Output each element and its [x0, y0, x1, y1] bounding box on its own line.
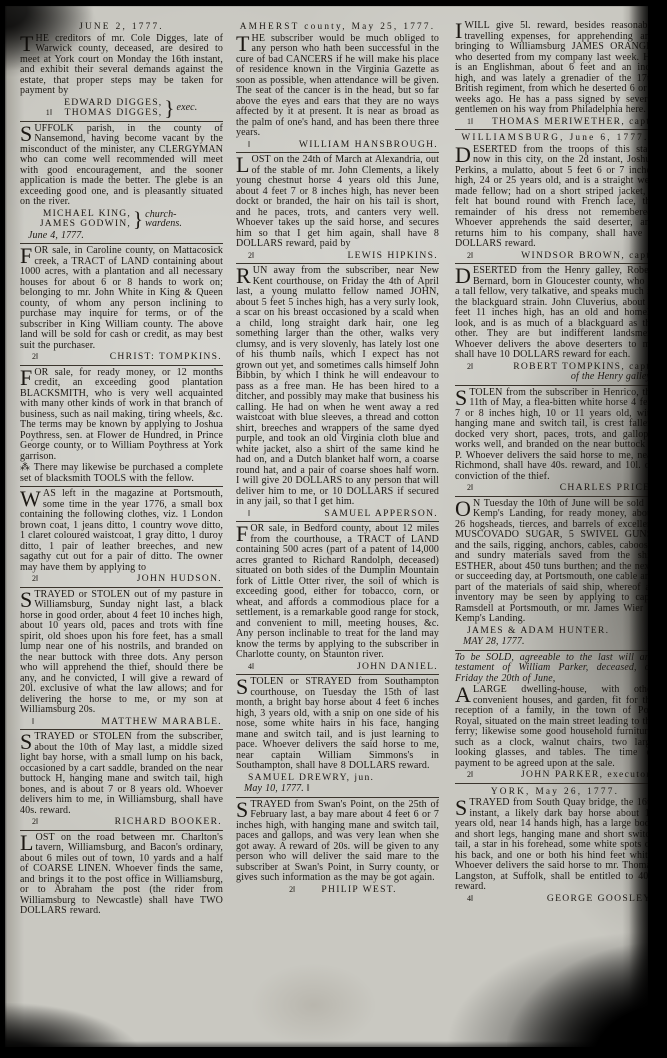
- signature-block: 1‖ EDWARD DIGGES,THOMAS DIGGES, } exec.: [20, 98, 223, 119]
- ad: LOST on the road between mr. Charlton's …: [20, 830, 223, 917]
- ad-text: HE subscriber would be much obliged to a…: [236, 33, 439, 139]
- insertion-mark: ‖: [32, 717, 34, 728]
- signature-name: THOMAS MERIWETHER, capt.: [492, 117, 648, 128]
- drop-cap: O: [455, 499, 473, 518]
- ad-footline: MAY 28, 1777.: [463, 637, 648, 648]
- drop-cap: S: [20, 590, 34, 609]
- signature-name: JOHN PARKER, executor.: [521, 770, 648, 781]
- insertion-mark: 2‖: [289, 885, 295, 896]
- ad-text: UN away from the subscriber, near New Ke…: [236, 265, 439, 507]
- ad: JUNE 2, 1777. THE creditors of mr. Cole …: [20, 22, 223, 119]
- ad-text: ESERTED from the troops of this state no…: [455, 144, 648, 250]
- insertion-mark: 2‖: [32, 817, 38, 828]
- ad-dateline: AMHERST county, May 25, 1777.: [236, 22, 439, 33]
- signature-block: MICHAEL KING,JAMES GODWIN, } church-ward…: [20, 209, 223, 230]
- ad-body: FOR sale, in Caroline county, on Mattaco…: [20, 246, 223, 351]
- ad: YORK, May 26, 1777. STRAYED from South Q…: [455, 783, 648, 905]
- ad-text: TRAYED from Swan's Point, on the 25th of…: [236, 799, 439, 884]
- ad-body: STOLEN from the subscriber in Henrico, t…: [455, 388, 648, 483]
- ad-body: LOST on the 24th of March at Alexandria,…: [236, 155, 439, 250]
- ad-body: DESERTED from the troops of this state n…: [455, 145, 648, 250]
- ad-text: LARGE dwelling-house, with other conveni…: [455, 684, 648, 769]
- ad: STOLEN from the subscriber in Henrico, t…: [455, 385, 648, 494]
- signature-name: SAMUEL APPERSON.: [324, 509, 438, 520]
- ad: RUN away from the subscriber, near New K…: [236, 263, 439, 519]
- ad-body: STRAYED from South Quay bridge, the 16th…: [455, 798, 648, 893]
- signature-name: WILLIAM HANSBROUGH.: [299, 140, 438, 151]
- ad-body: STRAYED or STOLEN from the subscriber, a…: [20, 732, 223, 816]
- insertion-mark: 2‖: [32, 352, 38, 363]
- drop-cap: D: [455, 266, 473, 285]
- signature-name: CHRIST: TOMPKINS.: [110, 352, 222, 363]
- insertion-mark: ‖: [248, 140, 250, 151]
- insertion-mark: 4‖: [467, 894, 473, 905]
- ad: DESERTED from the Henry galley, Robert B…: [455, 263, 648, 383]
- ad: LOST on the 24th of March at Alexandria,…: [236, 152, 439, 261]
- ad-text: N Tuesday the 10th of June will be sold …: [455, 498, 648, 625]
- drop-cap: F: [20, 368, 34, 387]
- ad-text: TRAYED or STOLEN from the subscriber, ab…: [20, 731, 223, 816]
- signature-line: 1‖THOMAS MERIWETHER, capt.: [455, 117, 648, 128]
- ad: WAS left in the magazine at Portsmouth, …: [20, 486, 223, 585]
- ad-body: ALARGE dwelling-house, with other conven…: [455, 685, 648, 769]
- signature-line: SAMUEL DREWRY, jun.: [236, 773, 439, 784]
- ad-body: FOR sale, for ready money, or 12 months …: [20, 368, 223, 463]
- ad-body: SUFFOLK parish, in the county of Nansemo…: [20, 124, 223, 208]
- insertion-mark: 4‖: [248, 662, 254, 673]
- brace: }: [164, 99, 174, 117]
- signature-line: 2‖RICHARD BOOKER.: [20, 817, 223, 828]
- ad: FOR sale, for ready money, or 12 months …: [20, 365, 223, 485]
- drop-cap: W: [20, 489, 43, 508]
- ad-text: TOLEN from the subscriber in Henrico, th…: [455, 387, 648, 482]
- insertion-mark: 1‖: [467, 117, 473, 128]
- column-3: IWILL give 5l. reward, besides reasonabl…: [455, 21, 648, 904]
- drop-cap: S: [455, 798, 469, 817]
- ad-body: ON Tuesday the 10th of June will be sold…: [455, 499, 648, 625]
- ad-body: LOST on the road between mr. Charlton's …: [20, 833, 223, 917]
- insertion-mark: 2‖: [467, 483, 473, 494]
- ad-body: DESERTED from the Henry galley, Robert B…: [455, 266, 648, 361]
- insertion-mark: 2‖: [248, 251, 254, 262]
- insertion-mark: 2‖: [32, 574, 38, 585]
- ad-text: UFFOLK parish, in the county of Nansemon…: [20, 123, 223, 208]
- signature-line: 2‖PHILIP WEST.: [236, 885, 439, 896]
- signature-line: 2‖CHARLES PRICE.: [455, 483, 648, 494]
- ad-text: AS left in the magazine at Portsmouth, s…: [20, 488, 223, 573]
- ad-body: RUN away from the subscriber, near New K…: [236, 266, 439, 508]
- signature-line: 2‖LEWIS HIPKINS.: [236, 251, 439, 262]
- signature-role: exec.: [177, 103, 198, 113]
- signature-name: MATTHEW MARABLE.: [101, 717, 222, 728]
- signature-line: ‖MATTHEW MARABLE.: [20, 717, 223, 728]
- ad: WILLIAMSBURG, June 6, 1777. DESERTED fro…: [455, 129, 648, 261]
- drop-cap: F: [236, 524, 250, 543]
- drop-cap: S: [236, 800, 250, 819]
- signature-name: GEORGE GOOSLEY.: [547, 894, 648, 905]
- signature-name: JAMES & ADAM HUNTER.: [467, 626, 609, 637]
- ad-text: HE creditors of mr. Cole Digges, late of…: [20, 33, 223, 97]
- signature-line: 4‖GEORGE GOOSLEY.: [455, 894, 648, 905]
- ad-text: OST on the 24th of March at Alexandria, …: [236, 154, 439, 249]
- signature-role: church-wardens.: [145, 210, 203, 229]
- ad-dateline: WILLIAMSBURG, June 6, 1777.: [455, 133, 648, 144]
- ad-footline: May 10, 1777. ‖: [244, 784, 439, 795]
- newspaper-page: JUNE 2, 1777. THE creditors of mr. Cole …: [5, 6, 648, 1047]
- photo-background: JUNE 2, 1777. THE creditors of mr. Cole …: [0, 0, 667, 1058]
- signature-line: JAMES & ADAM HUNTER.: [455, 626, 648, 637]
- drop-cap: T: [20, 34, 36, 53]
- signature-name: LEWIS HIPKINS.: [347, 251, 438, 262]
- ad-intro: To be SOLD, agreeable to the last will a…: [455, 653, 648, 685]
- ad-body: THE subscriber would be much obliged to …: [236, 34, 439, 139]
- ad-text: TOLEN or STRAYED from Southampton courth…: [236, 676, 439, 771]
- ad: To be SOLD, agreeable to the last will a…: [455, 650, 648, 781]
- signature-line: 4‖JOHN DANIEL.: [236, 662, 439, 673]
- drop-cap: S: [455, 388, 469, 407]
- ad-text: OR sale, for ready money, or 12 months c…: [20, 367, 223, 462]
- ad-body: FOR sale, in Bedford county, about 12 mi…: [236, 524, 439, 661]
- column-1: JUNE 2, 1777. THE creditors of mr. Cole …: [20, 21, 223, 917]
- ad-dateline: JUNE 2, 1777.: [20, 22, 223, 33]
- column-2: AMHERST county, May 25, 1777. THE subscr…: [236, 21, 439, 895]
- ad: FOR sale, in Bedford county, about 12 mi…: [236, 521, 439, 672]
- ad: AMHERST county, May 25, 1777. THE subscr…: [236, 22, 439, 150]
- insertion-mark: ‖: [248, 509, 250, 520]
- drop-cap: S: [236, 677, 250, 696]
- ad: STRAYED or STOLEN out of my pasture in W…: [20, 587, 223, 728]
- signature-line: 2‖JOHN HUDSON.: [20, 574, 223, 585]
- signature-name: JOHN DANIEL.: [357, 662, 438, 673]
- insertion-mark: 2‖: [467, 770, 473, 781]
- drop-cap: R: [236, 266, 253, 285]
- ad-body: STRAYED from Swan's Point, on the 25th o…: [236, 800, 439, 884]
- signature-line: 2‖WINDSOR BROWN, capt.: [455, 251, 648, 262]
- ad-text: ESERTED from the Henry galley, Robert Be…: [455, 265, 648, 360]
- insertion-mark: 2‖: [467, 362, 473, 373]
- ad: STRAYED or STOLEN from the subscriber, a…: [20, 729, 223, 828]
- signature-name: WINDSOR BROWN, capt.: [521, 251, 648, 262]
- ad: STRAYED from Swan's Point, on the 25th o…: [236, 797, 439, 896]
- signature-name: THOMAS DIGGES,: [64, 108, 162, 119]
- signature-name: SAMUEL DREWRY, jun.: [248, 773, 374, 784]
- ad-text: OST on the road between mr. Charlton's t…: [20, 832, 223, 917]
- ad-note: ⁂ There may likewise be purchased a comp…: [20, 463, 223, 484]
- ad: ON Tuesday the 10th of June will be sold…: [455, 496, 648, 648]
- ad-footline: June 4, 1777.: [28, 231, 223, 242]
- signature-names: EDWARD DIGGES,THOMAS DIGGES,: [64, 98, 162, 119]
- drop-cap: L: [236, 155, 252, 174]
- ad-text: TRAYED from South Quay bridge, the 16th …: [455, 797, 648, 892]
- signature-name: CHARLES PRICE.: [560, 483, 648, 494]
- ad-body: WAS left in the magazine at Portsmouth, …: [20, 489, 223, 573]
- ad-text: WILL give 5l. reward, besides reasonable…: [455, 20, 648, 115]
- signature-line: 2‖CHRIST: TOMPKINS.: [20, 352, 223, 363]
- signature-line: ‖SAMUEL APPERSON.: [236, 509, 439, 520]
- ad: FOR sale, in Caroline county, on Mattaco…: [20, 243, 223, 363]
- drop-cap: T: [236, 34, 252, 53]
- ad-body: STOLEN or STRAYED from Southampton court…: [236, 677, 439, 772]
- ad-body: STRAYED or STOLEN out of my pasture in W…: [20, 590, 223, 716]
- drop-cap: L: [20, 833, 36, 852]
- drop-cap: S: [20, 732, 34, 751]
- signature-names: MICHAEL KING,JAMES GODWIN,: [40, 209, 131, 230]
- ad-body: THE creditors of mr. Cole Digges, late o…: [20, 34, 223, 97]
- ad-text: OR sale, in Bedford county, about 12 mil…: [236, 523, 439, 660]
- ad-text: TRAYED or STOLEN out of my pasture in Wi…: [20, 589, 223, 716]
- signature-name: JAMES GODWIN,: [40, 219, 131, 230]
- ad: SUFFOLK parish, in the county of Nansemo…: [20, 121, 223, 242]
- signature-name: PHILIP WEST.: [321, 885, 397, 896]
- insertion-mark: 2‖: [467, 251, 473, 262]
- drop-cap: A: [455, 685, 473, 704]
- signature-name: JOHN HUDSON.: [137, 574, 222, 585]
- ad-body: IWILL give 5l. reward, besides reasonabl…: [455, 21, 648, 116]
- photo-edge-right-solid: [654, 0, 667, 1058]
- signature-line: 2‖JOHN PARKER, executor.: [455, 770, 648, 781]
- insertion-mark: 1‖: [46, 108, 52, 119]
- ad: IWILL give 5l. reward, besides reasonabl…: [455, 21, 648, 127]
- brace: }: [133, 210, 143, 228]
- signature-name: RICHARD BOOKER.: [115, 817, 222, 828]
- ad: STOLEN or STRAYED from Southampton court…: [236, 674, 439, 795]
- drop-cap: F: [20, 246, 34, 265]
- signature-line-2: of the Henry galley.: [455, 372, 648, 383]
- drop-cap: S: [20, 124, 34, 143]
- signature-line: ‖WILLIAM HANSBROUGH.: [236, 140, 439, 151]
- ad-dateline: YORK, May 26, 1777.: [455, 787, 648, 798]
- ad-text: OR sale, in Caroline county, on Mattacos…: [20, 245, 223, 351]
- drop-cap: D: [455, 145, 473, 164]
